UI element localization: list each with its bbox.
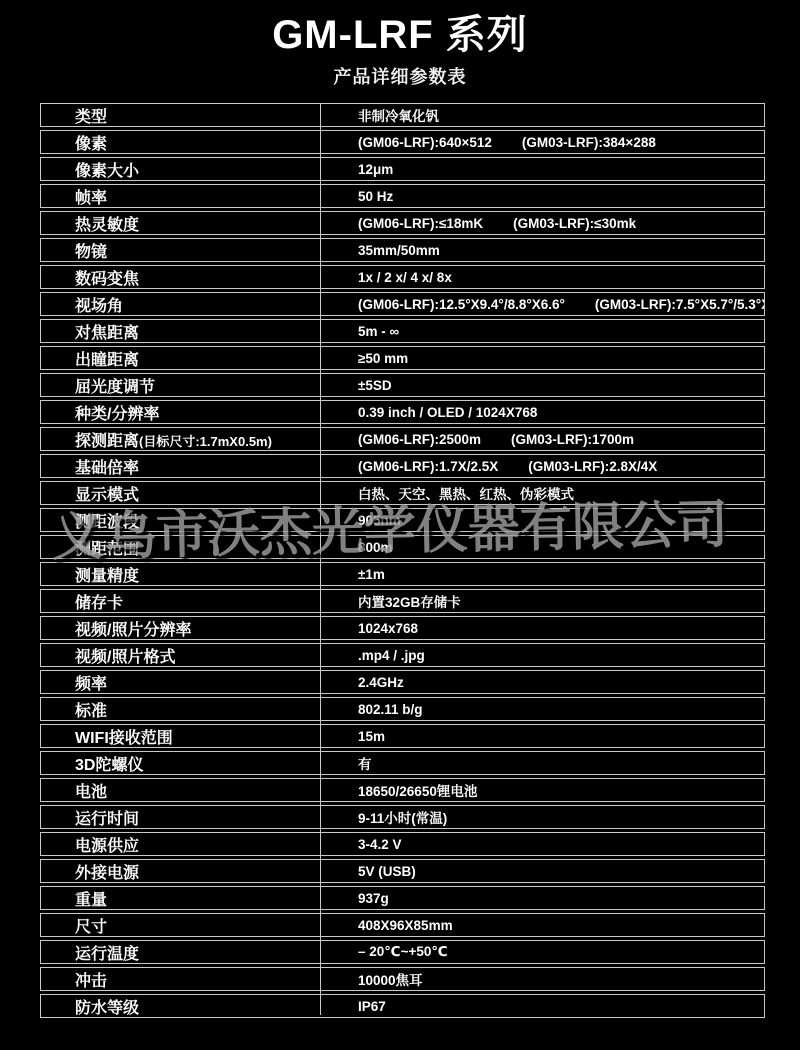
table-row: 数码变焦 1x / 2 x/ 4 x/ 8x (40, 265, 765, 289)
row-value: 3-4.2 V (321, 837, 764, 852)
row-label-text: 冲击 (75, 973, 107, 990)
row-value-part: 35mm/50mm (358, 243, 440, 258)
row-value: 5m - ∞ (321, 324, 764, 339)
row-value: – 20℃~+50℃ (321, 944, 764, 960)
table-row: WIFI接收范围 15m (40, 724, 765, 748)
table-row: 视场角 (GM06-LRF):12.5°X9.4°/8.8°X6.6°(GM03… (40, 292, 765, 316)
row-label-text: 测距波段 (75, 514, 139, 531)
row-label-text: 防水等级 (75, 1000, 139, 1017)
row-label: 类型 (41, 104, 321, 127)
row-label: 视场角 (41, 293, 321, 316)
row-label: 热灵敏度 (41, 212, 321, 235)
row-label: 出瞳距离 (41, 347, 321, 370)
table-row: 出瞳距离 ≥50 mm (40, 346, 765, 370)
table-row: 频率 2.4GHz (40, 670, 765, 694)
row-value-part: 5V (USB) (358, 864, 416, 879)
row-label-text: 测距范围 (75, 541, 139, 558)
row-label: 种类/分辨率 (41, 401, 321, 424)
table-row: 储存卡 内置32GB存储卡 (40, 589, 765, 613)
row-label-text: 像素 (75, 136, 107, 153)
row-value: (GM06-LRF):1.7X/2.5X(GM03-LRF):2.8X/4X (321, 459, 764, 474)
row-label: 显示模式 (41, 482, 321, 505)
row-value-part: .mp4 / .jpg (358, 648, 425, 663)
row-value-part: 内置32GB存储卡 (358, 591, 461, 611)
page-subtitle: 产品详细参数表 (0, 63, 800, 89)
row-label-text: 探测距离 (75, 433, 139, 450)
row-label-text: 数码变焦 (75, 271, 139, 288)
row-label: 频率 (41, 671, 321, 694)
table-row: 屈光度调节 ±5SD (40, 373, 765, 397)
table-divider (320, 103, 321, 1015)
row-value: 0.39 inch / OLED / 1024X768 (321, 405, 764, 420)
row-value-part: 1x / 2 x/ 4 x/ 8x (358, 270, 452, 285)
table-row: 冲击 10000焦耳 (40, 967, 765, 991)
row-label-text: 显示模式 (75, 487, 139, 504)
row-label: 基础倍率 (41, 455, 321, 478)
row-value-part: 有 (358, 753, 372, 773)
row-value: 9-11小时(常温) (321, 807, 764, 827)
table-row: 运行温度 – 20℃~+50℃ (40, 940, 765, 964)
row-value: ≥50 mm (321, 351, 764, 366)
row-value-part: ±5SD (358, 378, 392, 393)
row-value-part: 2.4GHz (358, 675, 404, 690)
row-label: 测量精度 (41, 563, 321, 586)
row-value: 800m (321, 540, 764, 555)
row-value-part: – 20℃~+50℃ (358, 944, 448, 960)
row-label-text: 测量精度 (75, 568, 139, 585)
row-value: 非制冷氧化钒 (321, 105, 764, 125)
row-value-part: (GM03-LRF):1700m (511, 432, 634, 447)
row-value: 有 (321, 753, 764, 773)
table-row: 基础倍率 (GM06-LRF):1.7X/2.5X(GM03-LRF):2.8X… (40, 454, 765, 478)
row-value-part: 5m - ∞ (358, 324, 399, 339)
row-value-part: 800m (358, 540, 393, 555)
row-value-part: (GM03-LRF):384×288 (522, 135, 656, 150)
row-label-text: 视频/照片格式 (75, 649, 175, 666)
row-label-text: 外接电源 (75, 865, 139, 882)
row-value-part: 937g (358, 891, 389, 906)
table-row: 防水等级 IP67 (40, 994, 765, 1018)
table-row: 测量精度 ±1m (40, 562, 765, 586)
row-value: 12μm (321, 162, 764, 177)
table-row: 外接电源 5V (USB) (40, 859, 765, 883)
row-label: 数码变焦 (41, 266, 321, 289)
row-label-text: 物镜 (75, 244, 107, 261)
row-value: 5V (USB) (321, 864, 764, 879)
row-label: 重量 (41, 887, 321, 910)
row-label-text: 对焦距离 (75, 325, 139, 342)
row-value-part: 10000焦耳 (358, 969, 423, 989)
row-value: 50 Hz (321, 189, 764, 204)
row-value-part: (GM06-LRF):1.7X/2.5X (358, 459, 498, 474)
table-row: 帧率 50 Hz (40, 184, 765, 208)
row-value: .mp4 / .jpg (321, 648, 764, 663)
row-label-text: 频率 (75, 676, 107, 693)
row-value-part: 408X96X85mm (358, 918, 453, 933)
row-value-part: (GM06-LRF):2500m (358, 432, 481, 447)
row-value-part: (GM03-LRF):7.5°X5.7°/5.3°X4° (595, 297, 764, 312)
row-label-text: 运行温度 (75, 946, 139, 963)
table-row: 像素大小 12μm (40, 157, 765, 181)
row-value-part: (GM06-LRF):≤18mK (358, 216, 483, 231)
row-value-part: 905nm (358, 513, 401, 528)
row-value-part: 1024x768 (358, 621, 418, 636)
row-value: 内置32GB存储卡 (321, 591, 764, 611)
row-value-part: 15m (358, 729, 385, 744)
row-label: 像素 (41, 131, 321, 154)
row-label-text: 类型 (75, 109, 107, 126)
header: GM-LRF 系列 产品详细参数表 (0, 0, 800, 89)
row-label-text: 种类/分辨率 (75, 406, 159, 423)
row-value-part: 3-4.2 V (358, 837, 402, 852)
row-label: 储存卡 (41, 590, 321, 613)
row-label-text: 电池 (75, 784, 107, 801)
table-row: 像素 (GM06-LRF):640×512(GM03-LRF):384×288 (40, 130, 765, 154)
row-value-part: 50 Hz (358, 189, 393, 204)
row-label: 3D陀螺仪 (41, 752, 321, 775)
table-row: 视频/照片格式 .mp4 / .jpg (40, 643, 765, 667)
row-label: 运行时间 (41, 806, 321, 829)
row-value: 802.11 b/g (321, 702, 764, 717)
row-value-part: ±1m (358, 567, 385, 582)
row-label: WIFI接收范围 (41, 725, 321, 748)
row-label-text: 出瞳距离 (75, 352, 139, 369)
row-label-text: 尺寸 (75, 919, 107, 936)
row-value-part: (GM03-LRF):≤30mk (513, 216, 636, 231)
row-value: (GM06-LRF):12.5°X9.4°/8.8°X6.6°(GM03-LRF… (321, 297, 764, 312)
row-label: 测距范围 (41, 536, 321, 559)
row-label: 帧率 (41, 185, 321, 208)
row-label-text: 重量 (75, 892, 107, 909)
row-value: 10000焦耳 (321, 969, 764, 989)
row-value-part: 非制冷氧化钒 (358, 105, 439, 125)
row-value-part: (GM06-LRF):12.5°X9.4°/8.8°X6.6° (358, 297, 565, 312)
row-label: 外接电源 (41, 860, 321, 883)
row-value: 35mm/50mm (321, 243, 764, 258)
row-value-part: ≥50 mm (358, 351, 408, 366)
table-row: 种类/分辨率 0.39 inch / OLED / 1024X768 (40, 400, 765, 424)
row-value: 937g (321, 891, 764, 906)
table-row: 显示模式 白热、天空、黑热、红热、伪彩模式 (40, 481, 765, 505)
row-value: ±5SD (321, 378, 764, 393)
row-label-note: (目标尺寸:1.7mX0.5m) (139, 434, 272, 449)
row-value-part: (GM06-LRF):640×512 (358, 135, 492, 150)
table-row: 探测距离(目标尺寸:1.7mX0.5m) (GM06-LRF):2500m(GM… (40, 427, 765, 451)
row-value-part: 18650/26650锂电池 (358, 780, 477, 800)
table-row: 电池 18650/26650锂电池 (40, 778, 765, 802)
row-label: 运行温度 (41, 941, 321, 964)
row-label-text: 运行时间 (75, 811, 139, 828)
row-value: 1x / 2 x/ 4 x/ 8x (321, 270, 764, 285)
row-label-text: 基础倍率 (75, 460, 139, 477)
row-label: 测距波段 (41, 509, 321, 532)
row-label: 冲击 (41, 968, 321, 991)
row-label: 尺寸 (41, 914, 321, 937)
row-value-part: (GM03-LRF):2.8X/4X (528, 459, 657, 474)
table-row: 热灵敏度 (GM06-LRF):≤18mK(GM03-LRF):≤30mk (40, 211, 765, 235)
table-row: 标准 802.11 b/g (40, 697, 765, 721)
row-label-text: 视频/照片分辨率 (75, 622, 191, 639)
table-row: 重量 937g (40, 886, 765, 910)
row-value: 18650/26650锂电池 (321, 780, 764, 800)
row-label: 电池 (41, 779, 321, 802)
table-row: 3D陀螺仪 有 (40, 751, 765, 775)
row-value: IP67 (321, 999, 764, 1014)
table-row: 运行时间 9-11小时(常温) (40, 805, 765, 829)
row-value-part: 0.39 inch / OLED / 1024X768 (358, 405, 537, 420)
page-title: GM-LRF 系列 (0, 13, 800, 58)
row-label: 防水等级 (41, 995, 321, 1018)
row-label-text: 3D陀螺仪 (75, 757, 143, 774)
row-value: (GM06-LRF):640×512(GM03-LRF):384×288 (321, 135, 764, 150)
row-value: (GM06-LRF):≤18mK(GM03-LRF):≤30mk (321, 216, 764, 231)
table-row: 视频/照片分辨率 1024x768 (40, 616, 765, 640)
row-label-text: 视场角 (75, 298, 123, 315)
row-label-text: 电源供应 (75, 838, 139, 855)
table-row: 对焦距离 5m - ∞ (40, 319, 765, 343)
row-label-text: WIFI接收范围 (75, 730, 173, 747)
row-label: 视频/照片分辨率 (41, 617, 321, 640)
row-label: 探测距离(目标尺寸:1.7mX0.5m) (41, 428, 321, 451)
row-value: 408X96X85mm (321, 918, 764, 933)
row-label-text: 像素大小 (75, 163, 139, 180)
row-value-part: 12μm (358, 162, 393, 177)
table-row: 测距波段 905nm (40, 508, 765, 532)
table-row: 电源供应 3-4.2 V (40, 832, 765, 856)
row-value: ±1m (321, 567, 764, 582)
row-value: 905nm (321, 513, 764, 528)
row-label-text: 标准 (75, 703, 107, 720)
row-label: 像素大小 (41, 158, 321, 181)
spec-table: 类型 非制冷氧化钒 像素 (GM06-LRF):640×512(GM03-LRF… (40, 103, 765, 1021)
table-row: 尺寸 408X96X85mm (40, 913, 765, 937)
row-value: 1024x768 (321, 621, 764, 636)
table-row: 测距范围 800m (40, 535, 765, 559)
row-value-part: 9-11小时(常温) (358, 807, 447, 827)
table-row: 物镜 35mm/50mm (40, 238, 765, 262)
row-label: 视频/照片格式 (41, 644, 321, 667)
row-value-part: 白热、天空、黑热、红热、伪彩模式 (358, 483, 574, 503)
table-row: 类型 非制冷氧化钒 (40, 103, 765, 127)
spec-table-rows: 类型 非制冷氧化钒 像素 (GM06-LRF):640×512(GM03-LRF… (40, 103, 765, 1018)
row-label: 屈光度调节 (41, 374, 321, 397)
row-label: 标准 (41, 698, 321, 721)
row-label-text: 帧率 (75, 190, 107, 207)
row-label-text: 热灵敏度 (75, 217, 139, 234)
row-value-part: IP67 (358, 999, 386, 1014)
row-label-text: 储存卡 (75, 595, 123, 612)
row-value: 白热、天空、黑热、红热、伪彩模式 (321, 483, 764, 503)
row-value: (GM06-LRF):2500m(GM03-LRF):1700m (321, 432, 764, 447)
page: GM-LRF 系列 产品详细参数表 类型 非制冷氧化钒 像素 (GM06-LRF… (0, 0, 800, 1050)
row-value: 15m (321, 729, 764, 744)
row-label: 电源供应 (41, 833, 321, 856)
row-value: 2.4GHz (321, 675, 764, 690)
row-label-text: 屈光度调节 (75, 379, 155, 396)
row-label: 物镜 (41, 239, 321, 262)
row-value-part: 802.11 b/g (358, 702, 423, 717)
row-label: 对焦距离 (41, 320, 321, 343)
